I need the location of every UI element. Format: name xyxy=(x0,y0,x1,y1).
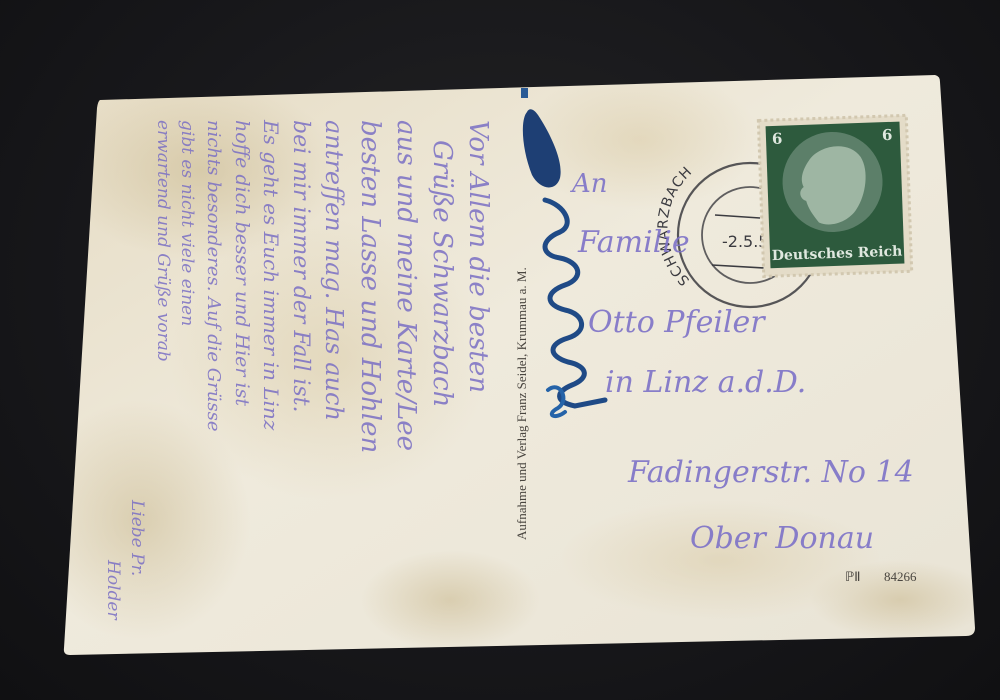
address-line: Otto Pfeiler xyxy=(588,305,766,340)
message-line: Vor Allem die besten xyxy=(463,120,493,393)
message-line: besten Lasse und Hohlen xyxy=(355,120,385,453)
postage-stamp: 6 6 Deutsches Reich xyxy=(758,115,911,276)
message-line: hoffe dich besser und Hier ist xyxy=(231,120,253,406)
message-line: nichts besonderes. Auf die Grüsse xyxy=(203,120,224,432)
message-line: Liebe Pr. xyxy=(127,499,147,576)
message-line: Es geht es Euch immer in Linz xyxy=(259,119,283,431)
address-line: Ober Donau xyxy=(690,521,874,556)
message-line: antreffen mag. Has auch xyxy=(320,120,348,421)
address-line: Familie xyxy=(577,225,690,260)
stamp-value-right: 6 xyxy=(882,126,893,144)
message-line: erwartend und Grüße vorab xyxy=(153,120,173,362)
message-signature: Holder xyxy=(103,559,123,620)
address-line: An xyxy=(570,169,608,199)
card-number-value: 84266 xyxy=(884,569,917,584)
message-line: bei mir immer der Fall ist. xyxy=(288,120,313,413)
stamp-value-left: 6 xyxy=(772,130,783,148)
message-line: gibt es nicht viele einen xyxy=(177,120,197,326)
address-line: Fadingerstr. No 14 xyxy=(627,455,914,490)
message-line: Grüße Schwarzbach xyxy=(427,140,457,407)
message-line: aus und meine Karte/Lee xyxy=(391,120,421,451)
publisher-imprint-text: Aufnahme und Verlag Franz Seidel, Krumma… xyxy=(514,267,529,540)
card-series-mark: ℙⅡ xyxy=(845,569,861,584)
address-line: in Linz a.d.D. xyxy=(605,365,806,400)
publisher-imprint: Aufnahme und Verlag Franz Seidel, Krumma… xyxy=(514,267,529,540)
photo-scene: Vor Allem die besten Grüße Schwarzbach a… xyxy=(0,0,1000,700)
